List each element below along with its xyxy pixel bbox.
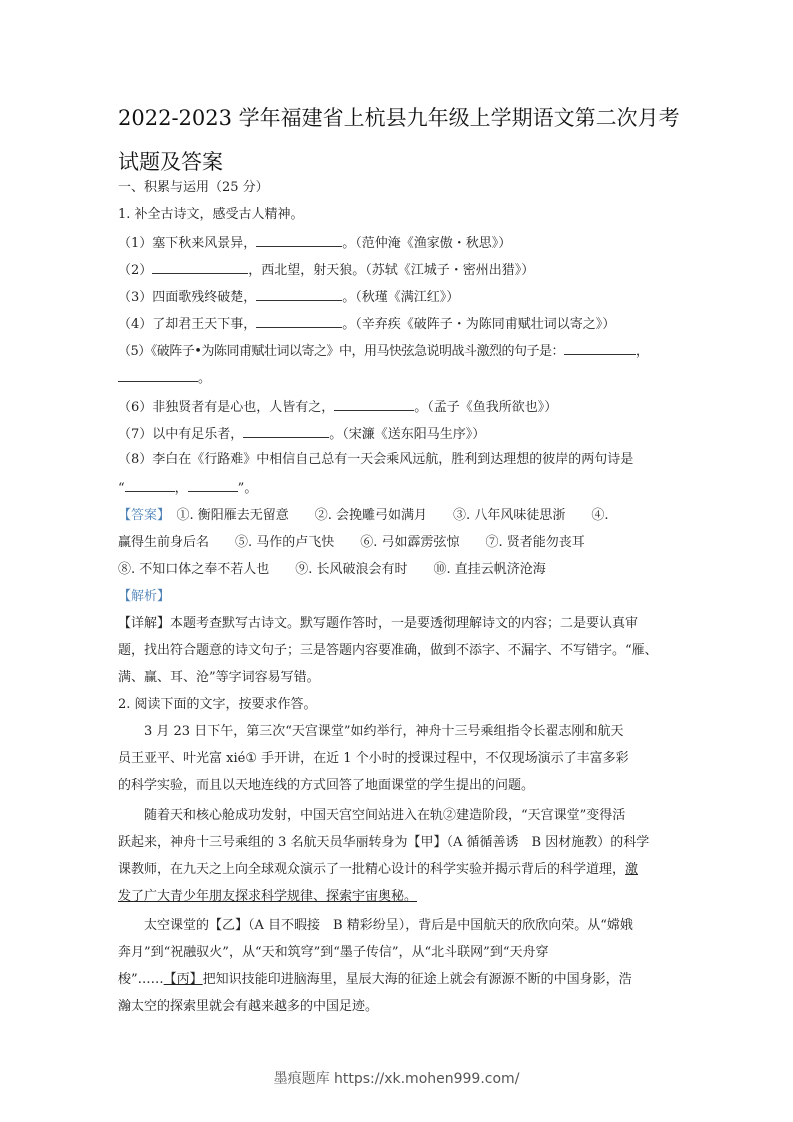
passage-p3-line-4: 瀚太空的探索里就会有越来越多的中国足迹。 [118, 997, 680, 1017]
q1-item-4: （4）了却君王天下事，。（辛弃疾《破阵子・为陈同甫赋壮词以寄之》） [118, 313, 680, 335]
passage-p2-line-4: 发了广大青少年朋友探求科学规律、探索宇宙奥秘。 [118, 887, 680, 907]
q1-item-3: （3）四面歌残终破楚，。（秋瑾《满江红》） [118, 286, 680, 308]
analysis-line-1: 【详解】本题考查默写古诗文。默写题作答时，一是要透彻理解诗文的内容；二是要认真审 [118, 614, 680, 634]
passage-p2-line-1: 随着天和核心舱成功发射，中国天宫空间站进入在轨②建造阶段，“天宫课堂”变得活 [118, 806, 706, 826]
passage-p2-line-2: 跃起来，神舟十三号乘组的 3 名航天员华丽转身为【甲】（A 循循善诱 B 因材施… [118, 833, 680, 853]
q1-item-5-cont: 。 [118, 367, 680, 389]
item-text: （7）以中有足乐者， [118, 427, 243, 442]
passage-text: 把知识技能印进脑海里，星辰大海的征途上就会有源源不断的中国身影，浩 [203, 972, 632, 987]
item-source: 。（范仲淹《渔家傲・秋思》） [342, 236, 511, 251]
item-source: 。（秋瑾《满江红》） [342, 290, 459, 305]
analysis-label: 【解析】 [118, 587, 680, 607]
answer-blank [256, 232, 342, 247]
passage-text: 梭”…… [118, 972, 164, 987]
answer-blank [243, 423, 329, 438]
item-punct: 。 [198, 371, 211, 386]
passage-p2-line-3: 课教师，在九天之上向全球观众演示了一批精心设计的科学实验并揭示背后的科学道理，激 [118, 860, 680, 880]
item-source: 。（孟子《鱼我所欲也》） [414, 400, 557, 415]
item-text: （6）非独贤者有是心也，人皆有之， [118, 400, 334, 415]
q1-item-8: （8）李白在《行路难》中相信自己总有一天会乘风远航，胜利到达理想的彼岸的两句诗是 [118, 450, 680, 470]
item-source: ，西北望，射天狼。（苏轼《江城子・密州出猎》） [248, 263, 534, 278]
title-line-1: 2022-2023 学年福建省上杭县九年级上学期语文第二次月考 [118, 96, 688, 140]
answer-blank [125, 477, 175, 492]
section-heading: 一、积累与运用（25 分） [118, 178, 680, 198]
item-text: （4）了却君王天下事， [118, 317, 256, 332]
q1-item-5: （5）《破阵子•为陈同甫赋壮词以寄之》中，用马快弦急说明战斗激烈的句子是：， [118, 340, 680, 362]
q1-item-7: （7）以中有足乐者，。（宋濂《送东阳马生序》） [118, 423, 680, 445]
item-text: （3）四面歌残终破楚， [118, 290, 256, 305]
underlined-sentence: 激 [625, 862, 638, 877]
passage-p1-line-1: 3 月 23 日下午，第三次“天宫课堂”如约举行，神舟十三号乘组指令长翟志刚和航… [118, 722, 706, 742]
passage-p1-line-2: 员王亚平、叶光富 xié① 手开讲，在近 1 个小时的授课过程中，不仅现场演示了… [118, 749, 680, 769]
answer-blank [256, 313, 342, 328]
item-punct: ， [175, 481, 188, 496]
passage-p3-line-3: 梭”……【丙】把知识技能印进脑海里，星辰大海的征途上就会有源源不断的中国身影，浩 [118, 970, 680, 990]
answer-text: ①. 衡阳雁去无留意 ②. 会挽雕弓如满月 ③. 八年风味徒思浙 ④. [177, 508, 609, 523]
answer-line-1: 【答案】 ①. 衡阳雁去无留意 ②. 会挽雕弓如满月 ③. 八年风味徒思浙 ④. [118, 506, 680, 526]
passage-p1-line-3: 的科学实验，而且以天地连线的方式回答了地面课堂的学生提出的问题。 [118, 776, 680, 796]
footer-watermark: 墨痕题库 https://xk.mohen999.com/ [0, 1068, 793, 1088]
answer-blank [152, 259, 248, 274]
quote-close: ”。 [238, 481, 258, 496]
answer-blank [564, 340, 636, 355]
item-text: （5）《破阵子•为陈同甫赋壮词以寄之》中，用马快弦急说明战斗激烈的句子是： [118, 344, 564, 359]
answer-line-3: ⑧. 不知口体之奉不若人也 ⑨. 长风破浪会有时 ⑩. 直挂云帆济沧海 [118, 560, 680, 580]
item-source: 。（宋濂《送东阳马生序》） [329, 427, 485, 442]
blank-marker-bing: 【丙】 [164, 972, 203, 987]
question-2-stem: 2. 阅读下面的文字，按要求作答。 [118, 695, 680, 715]
item-text: （1）塞下秋来风景异， [118, 236, 256, 251]
item-text: （2） [118, 263, 152, 278]
q1-item-8-cont: “，”。 [118, 477, 680, 499]
question-1-stem: 1. 补全古诗文，感受古人精神。 [118, 205, 680, 225]
answer-label: 【答案】 [118, 508, 164, 523]
q1-item-1: （1）塞下秋来风景异，。（范仲淹《渔家傲・秋思》） [118, 232, 680, 254]
document-title: 2022-2023 学年福建省上杭县九年级上学期语文第二次月考 试题及答案 [118, 96, 688, 184]
item-source: 。（辛弃疾《破阵子・为陈同甫赋壮词以寄之》） [342, 317, 615, 332]
passage-p3-line-2: 奔月”到“祝融驭火”，从“天和筑穹”到“墨子传信”，从“北斗联网”到“天舟穿 [118, 943, 680, 963]
q1-item-6: （6）非独贤者有是心也，人皆有之，。（孟子《鱼我所欲也》） [118, 396, 680, 418]
quote-open: “ [118, 481, 125, 496]
answer-blank [188, 477, 238, 492]
passage-p3-line-1: 太空课堂的【乙】（A 目不暇接 B 精彩纷呈），背后是中国航天的欣欣向荣。从“嫦… [118, 916, 706, 936]
answer-blank [256, 286, 342, 301]
analysis-line-2: 题，找出符合题意的诗文句子；三是答题内容要准确，做到不添字、不漏字、不写错字。“… [118, 641, 680, 661]
q1-item-2: （2），西北望，射天狼。（苏轼《江城子・密州出猎》） [118, 259, 680, 281]
item-punct: ， [636, 344, 649, 359]
passage-text: 课教师，在九天之上向全球观众演示了一批精心设计的科学实验并揭示背后的科学道理， [118, 862, 625, 877]
answer-blank [334, 396, 414, 411]
answer-line-2: 赢得生前身后名 ⑤. 马作的卢飞快 ⑥. 弓如霹雳弦惊 ⑦. 贤者能勿丧耳 [118, 533, 680, 553]
analysis-line-3: 满、赢、耳、沧”等字词容易写错。 [118, 668, 680, 688]
answer-blank [118, 367, 198, 382]
